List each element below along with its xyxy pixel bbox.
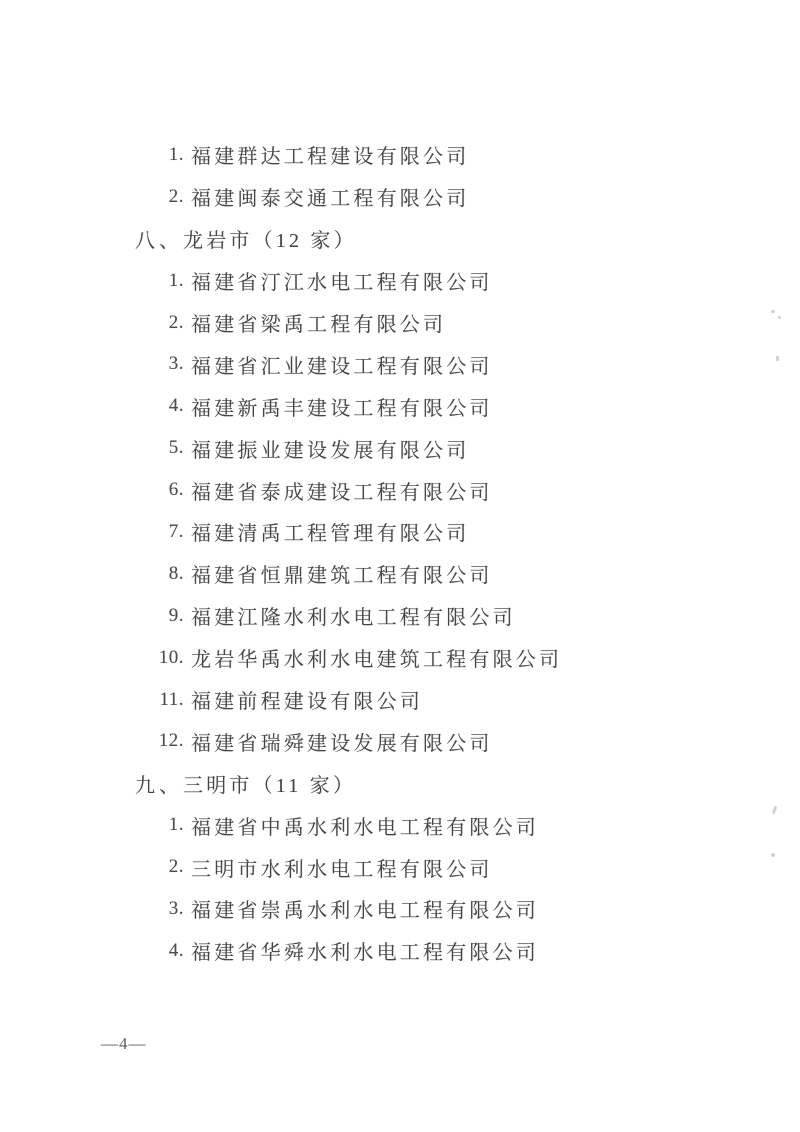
list-item: 11.福建前程建设有限公司: [0, 679, 800, 721]
company-name: 福建新禹丰建设工程有限公司: [191, 392, 493, 421]
item-number: 11.: [140, 689, 184, 711]
company-name: 福建前程建设有限公司: [191, 685, 423, 714]
item-number: 1.: [140, 814, 184, 836]
item-number: 6.: [140, 479, 184, 501]
item-number: 4.: [140, 395, 184, 417]
item-number: 1.: [140, 270, 184, 292]
scan-artifact: [771, 310, 775, 313]
company-name: 福建省中禹水利水电工程有限公司: [191, 811, 539, 840]
document-body: 1.福建群达工程建设有限公司2.福建闽泰交通工程有限公司八、龙岩市（12 家）1…: [0, 134, 800, 972]
list-item: 7.福建清禹工程管理有限公司: [0, 511, 800, 553]
item-number: 3.: [140, 353, 184, 375]
company-name: 福建群达工程建设有限公司: [191, 140, 469, 169]
list-item: 6.福建省泰成建设工程有限公司: [0, 469, 800, 511]
company-name: 福建振业建设发展有限公司: [191, 434, 469, 463]
page-number: —4—: [101, 1034, 147, 1054]
list-item: 5.福建振业建设发展有限公司: [0, 427, 800, 469]
item-number: 2.: [140, 312, 184, 334]
section-number: 八、: [135, 224, 183, 253]
section-heading: 八、龙岩市（12 家）: [0, 218, 800, 260]
company-name: 福建省恒鼎建筑工程有限公司: [191, 559, 493, 588]
company-name: 福建江隆水利水电工程有限公司: [191, 601, 516, 630]
section-title: 三明市（11 家）: [183, 769, 356, 798]
scan-artifact: [778, 316, 781, 319]
item-number: 7.: [140, 521, 184, 543]
company-name: 福建省汇业建设工程有限公司: [191, 350, 493, 379]
company-name: 福建省汀江水电工程有限公司: [191, 266, 493, 295]
item-number: 12.: [140, 730, 184, 752]
item-number: 5.: [140, 437, 184, 459]
scanned-document-page: 1.福建群达工程建设有限公司2.福建闽泰交通工程有限公司八、龙岩市（12 家）1…: [0, 0, 800, 1132]
item-number: 1.: [140, 144, 184, 166]
scan-artifact: [776, 356, 779, 361]
item-number: 3.: [140, 898, 184, 920]
section-heading: 九、三明市（11 家）: [0, 762, 800, 804]
company-name: 福建清禹工程管理有限公司: [191, 517, 469, 546]
list-item: 4.福建省华舜水利水电工程有限公司: [0, 930, 800, 972]
list-item: 3.福建省崇禹水利水电工程有限公司: [0, 888, 800, 930]
company-name: 福建省梁禹工程有限公司: [191, 308, 446, 337]
company-name: 福建省泰成建设工程有限公司: [191, 476, 493, 505]
item-number: 2.: [140, 856, 184, 878]
list-item: 2.三明市水利水电工程有限公司: [0, 846, 800, 888]
list-item: 1.福建省中禹水利水电工程有限公司: [0, 804, 800, 846]
list-item: 10.龙岩华禹水利水电建筑工程有限公司: [0, 637, 800, 679]
section-title: 龙岩市（12 家）: [183, 224, 357, 253]
list-item: 8.福建省恒鼎建筑工程有限公司: [0, 553, 800, 595]
list-item: 2.福建闽泰交通工程有限公司: [0, 176, 800, 218]
company-name: 龙岩华禹水利水电建筑工程有限公司: [191, 643, 562, 672]
company-name: 三明市水利水电工程有限公司: [191, 853, 493, 882]
section-number: 九、: [135, 769, 183, 798]
scan-artifact: [771, 853, 775, 857]
item-number: 2.: [140, 186, 184, 208]
item-number: 9.: [140, 605, 184, 627]
list-item: 9.福建江隆水利水电工程有限公司: [0, 595, 800, 637]
company-name: 福建省瑞舜建设发展有限公司: [191, 727, 493, 756]
item-number: 10.: [140, 647, 184, 669]
company-name: 福建省华舜水利水电工程有限公司: [191, 936, 539, 965]
list-item: 12.福建省瑞舜建设发展有限公司: [0, 720, 800, 762]
item-number: 8.: [140, 563, 184, 585]
item-number: 4.: [140, 940, 184, 962]
list-item: 4.福建新禹丰建设工程有限公司: [0, 385, 800, 427]
company-name: 福建省崇禹水利水电工程有限公司: [191, 894, 539, 923]
list-item: 1.福建群达工程建设有限公司: [0, 134, 800, 176]
list-item: 1.福建省汀江水电工程有限公司: [0, 260, 800, 302]
list-item: 2.福建省梁禹工程有限公司: [0, 302, 800, 344]
company-name: 福建闽泰交通工程有限公司: [191, 182, 469, 211]
list-item: 3.福建省汇业建设工程有限公司: [0, 343, 800, 385]
